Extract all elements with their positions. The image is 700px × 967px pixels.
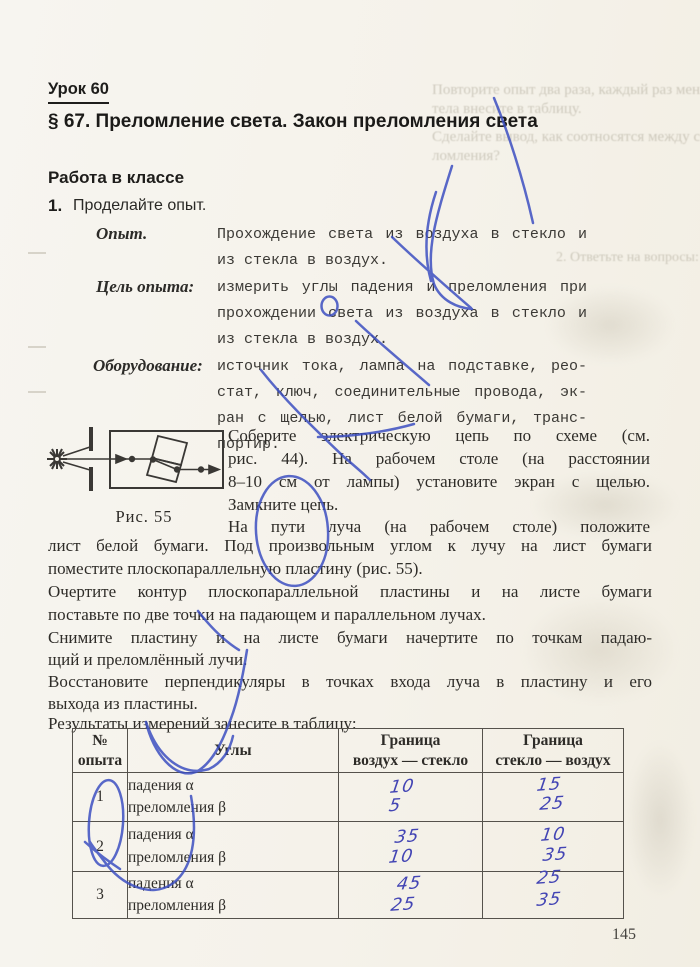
table-header-experiment-no: №опыта: [73, 729, 128, 773]
table-header-glass-air: Границастекло — воздух: [483, 729, 624, 773]
body-line: выхода из пластины.: [48, 694, 652, 714]
bleed-rule-line: [28, 346, 46, 348]
bleed-rule-line: [28, 252, 46, 254]
body-line: На пути луча (на рабочем столе) положите: [228, 517, 650, 537]
section-heading: Работа в классе: [48, 168, 184, 188]
body-line: Восстановите перпендикуляры в точках вхо…: [48, 672, 652, 692]
handwritten-value: 25: [535, 867, 562, 889]
body-line: поместите плоскопараллельную пластину (р…: [48, 559, 652, 579]
equipment-label: Оборудование:: [93, 356, 203, 376]
handwritten-value: 25: [538, 793, 565, 815]
experiment-line: из стекла в воздух.: [217, 252, 587, 269]
handwritten-value: 35: [393, 826, 420, 848]
table-header-angles: Углы: [128, 729, 339, 773]
equipment-line: источник тока, лампа на подставке, рео-: [217, 358, 587, 375]
angle-labels: падения αпреломления β: [128, 822, 339, 872]
body-line: рис. 44). На рабочем столе (на расстояни…: [228, 449, 650, 469]
experiment-line: Прохождение света из воздуха в стекло и: [217, 226, 587, 243]
handwritten-value: 45: [395, 873, 422, 895]
body-line: Снимите пластину и на листе бумаги начер…: [48, 628, 652, 648]
row-number: 1: [73, 773, 128, 822]
table-header-air-glass: Границавоздух — стекло: [339, 729, 483, 773]
handwritten-value: 10: [388, 776, 415, 798]
task-text: Проделайте опыт.: [73, 197, 206, 215]
task-number: 1.: [48, 196, 62, 216]
body-line: Замкните цепь.: [228, 495, 650, 515]
goal-line: прохождении света из воздуха в стекло и: [217, 305, 587, 322]
goal-line: измерить углы падения и преломления при: [217, 279, 587, 296]
body-line: Соберите электрическую цепь по схеме (см…: [228, 426, 650, 446]
bleed-through-text: ломления?: [432, 148, 500, 165]
handwritten-value: 15: [535, 774, 562, 796]
light-ray: [63, 447, 219, 474]
body-line: 8–10 см от лампы) установите экран с щел…: [228, 472, 650, 492]
body-line: поставьте по две точки на падающем и пар…: [48, 605, 652, 625]
page-number: 145: [612, 926, 636, 944]
handwritten-value: 10: [539, 824, 566, 846]
handwritten-value: 35: [541, 844, 568, 866]
figure-caption: Рис. 55: [98, 507, 190, 527]
equipment-line: стат, ключ, соединительные провода, эк-: [217, 384, 587, 401]
bleed-rule-line: [28, 391, 46, 393]
handwritten-value: 10: [387, 846, 414, 868]
row-number: 3: [73, 872, 128, 919]
body-line: лист белой бумаги. Под произвольным угло…: [48, 536, 652, 556]
goal-label: Цель опыта:: [96, 277, 194, 297]
body-line: Очертите контур плоскопараллельной пласт…: [48, 582, 652, 602]
equipment-line: ран с щелью, лист белой бумаги, транс-: [217, 410, 587, 427]
body-line: щий и преломлённый лучи.: [48, 650, 652, 670]
experiment-label: Опыт.: [96, 224, 147, 244]
row-number: 2: [73, 822, 128, 872]
bleed-through-smudge: [625, 740, 695, 900]
bleed-through-text: Повторите опыт два раза, каждый раз меня…: [432, 82, 700, 99]
angle-labels: падения αпреломления β: [128, 872, 339, 919]
scanned-workbook-page: Повторите опыт два раза, каждый раз меня…: [0, 0, 700, 967]
goal-line: из стекла в воздух.: [217, 331, 587, 348]
handwritten-value: 25: [389, 894, 416, 916]
bleed-through-smudge: [545, 285, 675, 365]
angle-labels: падения αпреломления β: [128, 773, 339, 822]
handwritten-value: 35: [535, 889, 562, 911]
page-title: § 67. Преломление света. Закон преломлен…: [48, 111, 538, 133]
lesson-number: Урок 60: [48, 80, 109, 104]
